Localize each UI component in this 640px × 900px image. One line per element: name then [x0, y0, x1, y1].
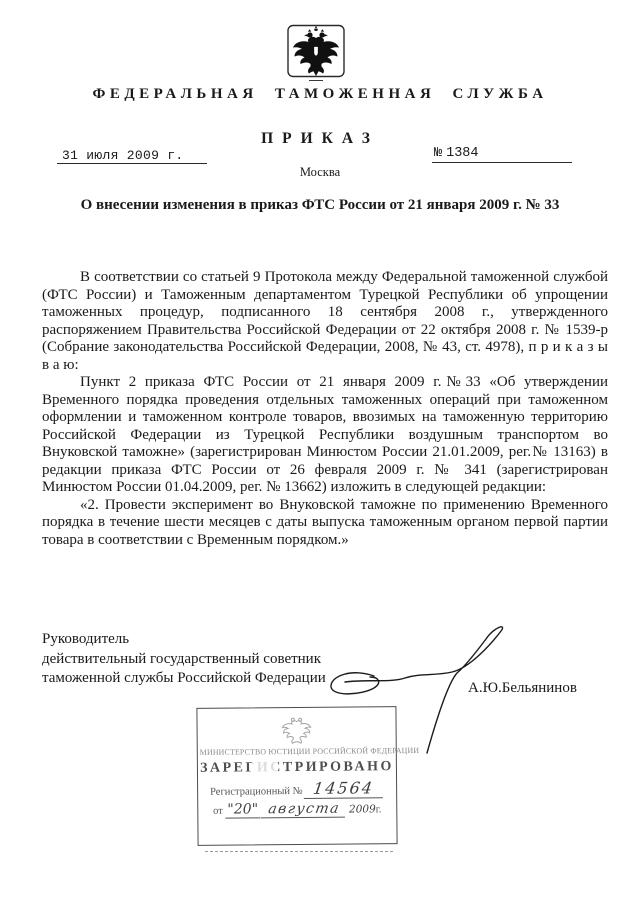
- ministry-emblem-icon: [277, 713, 315, 746]
- document-type-heading: ПРИКАЗ: [0, 130, 640, 148]
- signer-name: А.Ю.Бельянинов: [468, 680, 577, 697]
- signer-position-line: Руководитель: [42, 630, 326, 650]
- body-paragraph: Пункт 2 приказа ФТС России от 21 января …: [42, 374, 608, 497]
- agency-name: ФЕДЕРАЛЬНАЯ ТАМОЖЕННАЯ СЛУЖБА: [0, 86, 640, 103]
- coat-of-arms-emblem: [286, 23, 346, 79]
- stamp-registration-row: Регистрационный № 14564: [198, 778, 396, 800]
- stamp-date-month: августа: [261, 801, 348, 819]
- body-paragraph: В соответствии со статьей 9 Протокола ме…: [42, 269, 608, 374]
- stamp-date-day: "20": [225, 801, 260, 818]
- number-value: 1384: [446, 146, 478, 161]
- stamp-date-row: от "20" августа 2009г.: [198, 800, 396, 819]
- document-date: 31 июля 2009 г.: [62, 148, 184, 163]
- document-number: №1384: [434, 146, 479, 161]
- body-paragraph: «2. Провести эксперимент во Внуковской т…: [42, 497, 608, 550]
- order-title: О внесении изменения в приказ ФТС России…: [40, 197, 600, 214]
- stamp-date-prefix: от: [213, 806, 223, 817]
- signer-position-line: действительный государственный советник: [42, 650, 326, 670]
- stamp-ministry-line: МИНИСТЕРСТВО ЮСТИЦИИ РОССИЙСКОЙ ФЕДЕРАЦИ…: [200, 746, 394, 757]
- signer-position-line: таможенной службы Российской Федерации: [42, 669, 326, 689]
- stamp-registered-text: ЗАРЕГИСТРИРОВАНО: [200, 759, 394, 776]
- date-underline: [57, 163, 207, 164]
- registration-stamp: МИНИСТЕРСТВО ЮСТИЦИИ РОССИЙСКОЙ ФЕДЕРАЦИ…: [196, 706, 397, 846]
- number-underline: [432, 162, 572, 163]
- stamp-reg-label: Регистрационный №: [210, 786, 303, 798]
- stamp-scan-artifact: [205, 851, 393, 852]
- emblem-base-mark: [309, 80, 323, 81]
- stamp-fade-artifact: [252, 761, 278, 776]
- city-label: Москва: [0, 165, 640, 180]
- stamp-reg-number: 14564: [304, 778, 386, 799]
- number-sign: №: [434, 146, 442, 161]
- order-body: В соответствии со статьей 9 Протокола ме…: [42, 269, 608, 549]
- document-page: ФЕДЕРАЛЬНАЯ ТАМОЖЕННАЯ СЛУЖБА ПРИКАЗ 31 …: [0, 0, 640, 900]
- stamp-date-year: 2009: [349, 803, 376, 815]
- signer-position: Руководитель действительный государствен…: [42, 630, 326, 689]
- stamp-registered-label: ЗАРЕГИСТРИРОВАНО: [198, 759, 396, 777]
- stamp-date-suffix: г.: [376, 804, 382, 815]
